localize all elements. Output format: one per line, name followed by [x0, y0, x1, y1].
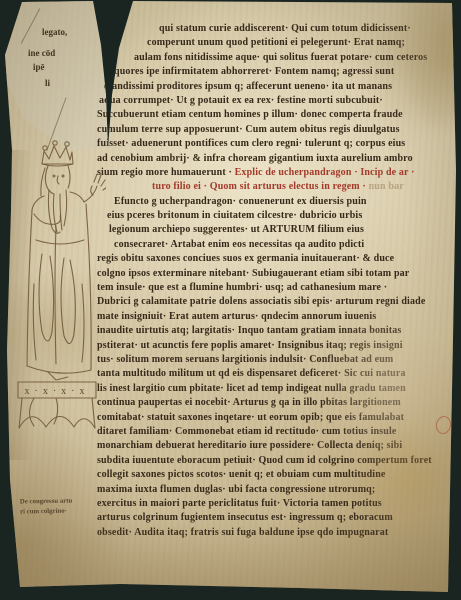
manuscript-text-line: eius pceres britonum in ciuitatem cilces…	[97, 209, 453, 223]
flap-text-fragment: ine cōd	[28, 48, 55, 58]
manuscript-text-line: Succubuerunt etiam centum homines p illu…	[97, 108, 453, 122]
king-illustration: x·x·x·x	[4, 134, 106, 436]
manuscript-text-line: turo filio ei · Quom sit arturus electus…	[97, 180, 453, 194]
manuscript-text-line: continua paupertas ei nocebit· Arturus g…	[97, 396, 453, 410]
manuscript-text-line: arturus colgrinum fugientem insecutus es…	[97, 511, 453, 525]
manuscript-text-line: lis inest largitio cum pbitate· licet ad…	[97, 382, 453, 396]
flap-text-fragment: ipē	[33, 62, 45, 72]
manuscript-text-line: ditaret familiam· Commonebat etiam id re…	[97, 425, 453, 439]
margin-note: De congressu arturi cum colgrino·	[20, 497, 73, 518]
pedestal-pattern: x·x·x·x	[25, 386, 90, 397]
manuscript-text-line: inaudite uirtutis atq; largitatis· Inquo…	[97, 324, 453, 338]
manuscript-text-line: tem insule· que est a flumine humbri· us…	[97, 281, 453, 295]
manuscript-text-line: regis obitu saxones conciues suos ex ger…	[97, 252, 453, 266]
text-block: qui statum curie addiscerent· Qui cum to…	[97, 22, 453, 540]
manuscript-text-line: legionum archiepo suggerentes· ut ARTURU…	[97, 223, 453, 237]
manuscript-text-line: monarchiam debuerat hereditario iure pos…	[97, 439, 453, 453]
flap-text-fragment: legato,	[42, 27, 67, 37]
manuscript-text-line: tus· solitum morem seruans largitionis i…	[97, 353, 453, 367]
manuscript-text-line: Dubrici g calamitate patrie dolens assoc…	[97, 295, 453, 309]
manuscript-text-line: fuisset· aduenerunt pontifices cum clero…	[97, 137, 453, 151]
manuscript-text-line: exercitus in maiori parte periclitatus f…	[97, 497, 453, 511]
manuscript-text-line: qui statum curie addiscerent· Qui cum to…	[97, 22, 453, 36]
manuscript-text-line: mate insigniuit· Erat autem arturus· qnd…	[97, 310, 453, 324]
manuscript-text-line: comitabat· statuit saxones inqetare· ut …	[97, 411, 453, 425]
manuscript-text-line: obsedit· Audita itaq; fratris sui fuga b…	[97, 526, 453, 540]
manuscript-photo: x·x·x·x qui statum curie addiscerent· Qu…	[0, 0, 461, 600]
manuscript-text-line: maxima iuxta flumen duglas· ubi facta co…	[97, 483, 453, 497]
manuscript-text-line: tanta multitudo militum ut qd eis dispen…	[97, 367, 453, 381]
manuscript-text-line: sium regio more humauerunt · Explic de u…	[97, 166, 453, 180]
manuscript-text-line: quores ipe infirmitatem abhorreret· Font…	[97, 65, 453, 79]
manuscript-text-line: consecraret· Artabat enim eos necessitas…	[97, 238, 453, 252]
manuscript-text-line: cumulum terre sup apposuerunt· Cum autem…	[97, 123, 453, 137]
margin-note-line: ri cum colgrino·	[20, 507, 73, 518]
tear-crease	[21, 8, 41, 44]
manuscript-text-line: Efuncto g ucherpandragon· conuenerunt ex…	[97, 195, 453, 209]
manuscript-text-line: comperunt unum quod petitioni ei peleger…	[97, 36, 453, 50]
flap-text-fragment: li	[45, 78, 50, 88]
manuscript-text-line: collegit saxones pictos scotos· uenit q;…	[97, 468, 453, 482]
manuscript-text-line: colgno ipsos exterminare nitebant· Subiu…	[97, 267, 453, 281]
manuscript-text-line: aqua corrumpet· Ut g potauit ex ea rex· …	[97, 94, 453, 108]
manuscript-text-line: aulam fons nitidissime aque· qui solitus…	[97, 51, 453, 65]
manuscript-text-line: pstiterat· ut acunctis fere poplis amare…	[97, 339, 453, 353]
manuscript-text-line: subdita iuuentute eboracum petiuit· Quod…	[97, 454, 453, 468]
manuscript-text-line: efandissimi proditores ipsum q; affeceru…	[97, 80, 453, 94]
parchment-page: x·x·x·x qui statum curie addiscerent· Qu…	[0, 0, 461, 600]
manuscript-text-line: ad cenobium ambrij· & infra choream giga…	[97, 152, 453, 166]
